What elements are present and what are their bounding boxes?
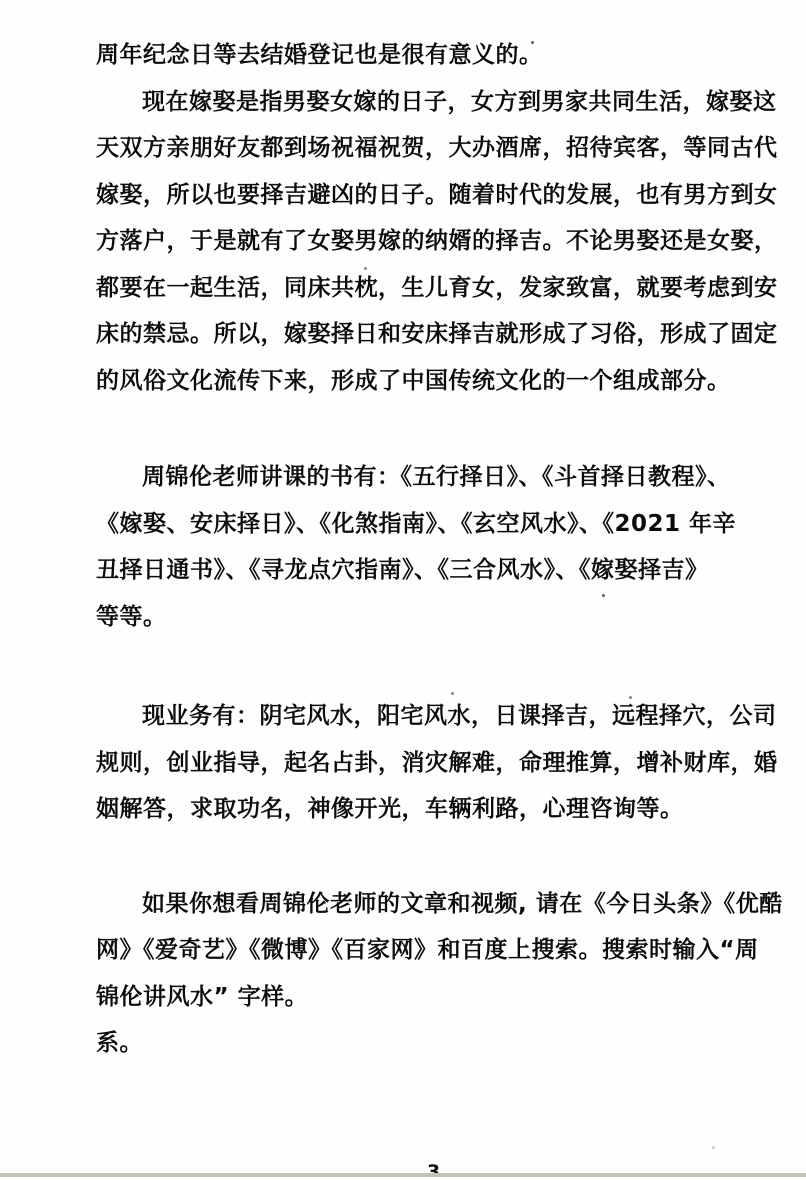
text-line: 锦伦讲风水” 字样。 xyxy=(96,974,764,1021)
footer-rule xyxy=(0,1173,806,1177)
text-line: 床的禁忌。所以，嫁娶择日和安床择吉就形成了习俗，形成了固定 xyxy=(96,311,764,358)
scan-speck xyxy=(629,696,632,699)
text-line: 《嫁娶、安床择日》、《化煞指南》、《玄空风水》、《2021 年辛 xyxy=(96,501,764,548)
text-line: 嫁娶，所以也要择吉避凶的日子。随着时代的发展，也有男方到女 xyxy=(96,172,764,219)
text-line: 系。 xyxy=(96,1020,764,1067)
text-line: 都要在一起生活，同床共枕，生儿育女，发家致富，就要考虑到安 xyxy=(96,265,764,312)
text-line: 网》《爱奇艺》《微博》《百家网》和百度上搜索。搜索时输入“周 xyxy=(96,927,764,974)
text-line: 现在嫁娶是指男娶女嫁的日子，女方到男家共同生活，嫁娶这 xyxy=(96,79,764,126)
text-line: 等等。 xyxy=(96,594,764,641)
document-page: 周年纪念日等去结婚登记也是很有意义的。 现在嫁娶是指男娶女嫁的日子，女方到男家共… xyxy=(0,0,806,1180)
text-line: 周锦伦老师讲课的书有：《五行择日》、《斗首择日教程》、 xyxy=(96,454,764,501)
text-line: 姻解答，求取功名，神像开光，车辆利路，心理咨询等。 xyxy=(96,786,764,833)
text-line: 天双方亲朋好友都到场祝福祝贺，大办酒席，招待宾客，等同古代 xyxy=(96,125,764,172)
scan-speck xyxy=(451,692,454,695)
text-line: 的风俗文化流传下来，形成了中国传统文化的一个组成部分。 xyxy=(96,358,764,405)
text-line: 丑择日通书》、《寻龙点穴指南》、《三合风水》、《嫁娶择吉》 xyxy=(96,547,764,594)
scan-speck xyxy=(602,594,605,597)
text-line: 现业务有：阴宅风水，阳宅风水，日课择吉，远程择穴，公司 xyxy=(96,693,764,740)
text-line: 周年纪念日等去结婚登记也是很有意义的。 xyxy=(96,32,764,79)
scan-speck xyxy=(364,267,367,270)
scan-speck xyxy=(531,41,534,44)
text-line: 如果你想看周锦伦老师的文章和视频, 请在《今日头条》《优酷 xyxy=(96,881,764,928)
scan-speck xyxy=(712,1146,715,1149)
page-number: 3 xyxy=(427,1161,440,1173)
text-line: 规则，创业指导，起名占卦，消灾解难，命理推算，增补财库，婚 xyxy=(96,740,764,787)
text-line: 方落户，于是就有了女娶男嫁的纳婿的择吉。不论男娶还是女娶， xyxy=(96,218,764,265)
text-block: 周年纪念日等去结婚登记也是很有意义的。 现在嫁娶是指男娶女嫁的日子，女方到男家共… xyxy=(96,32,764,1067)
